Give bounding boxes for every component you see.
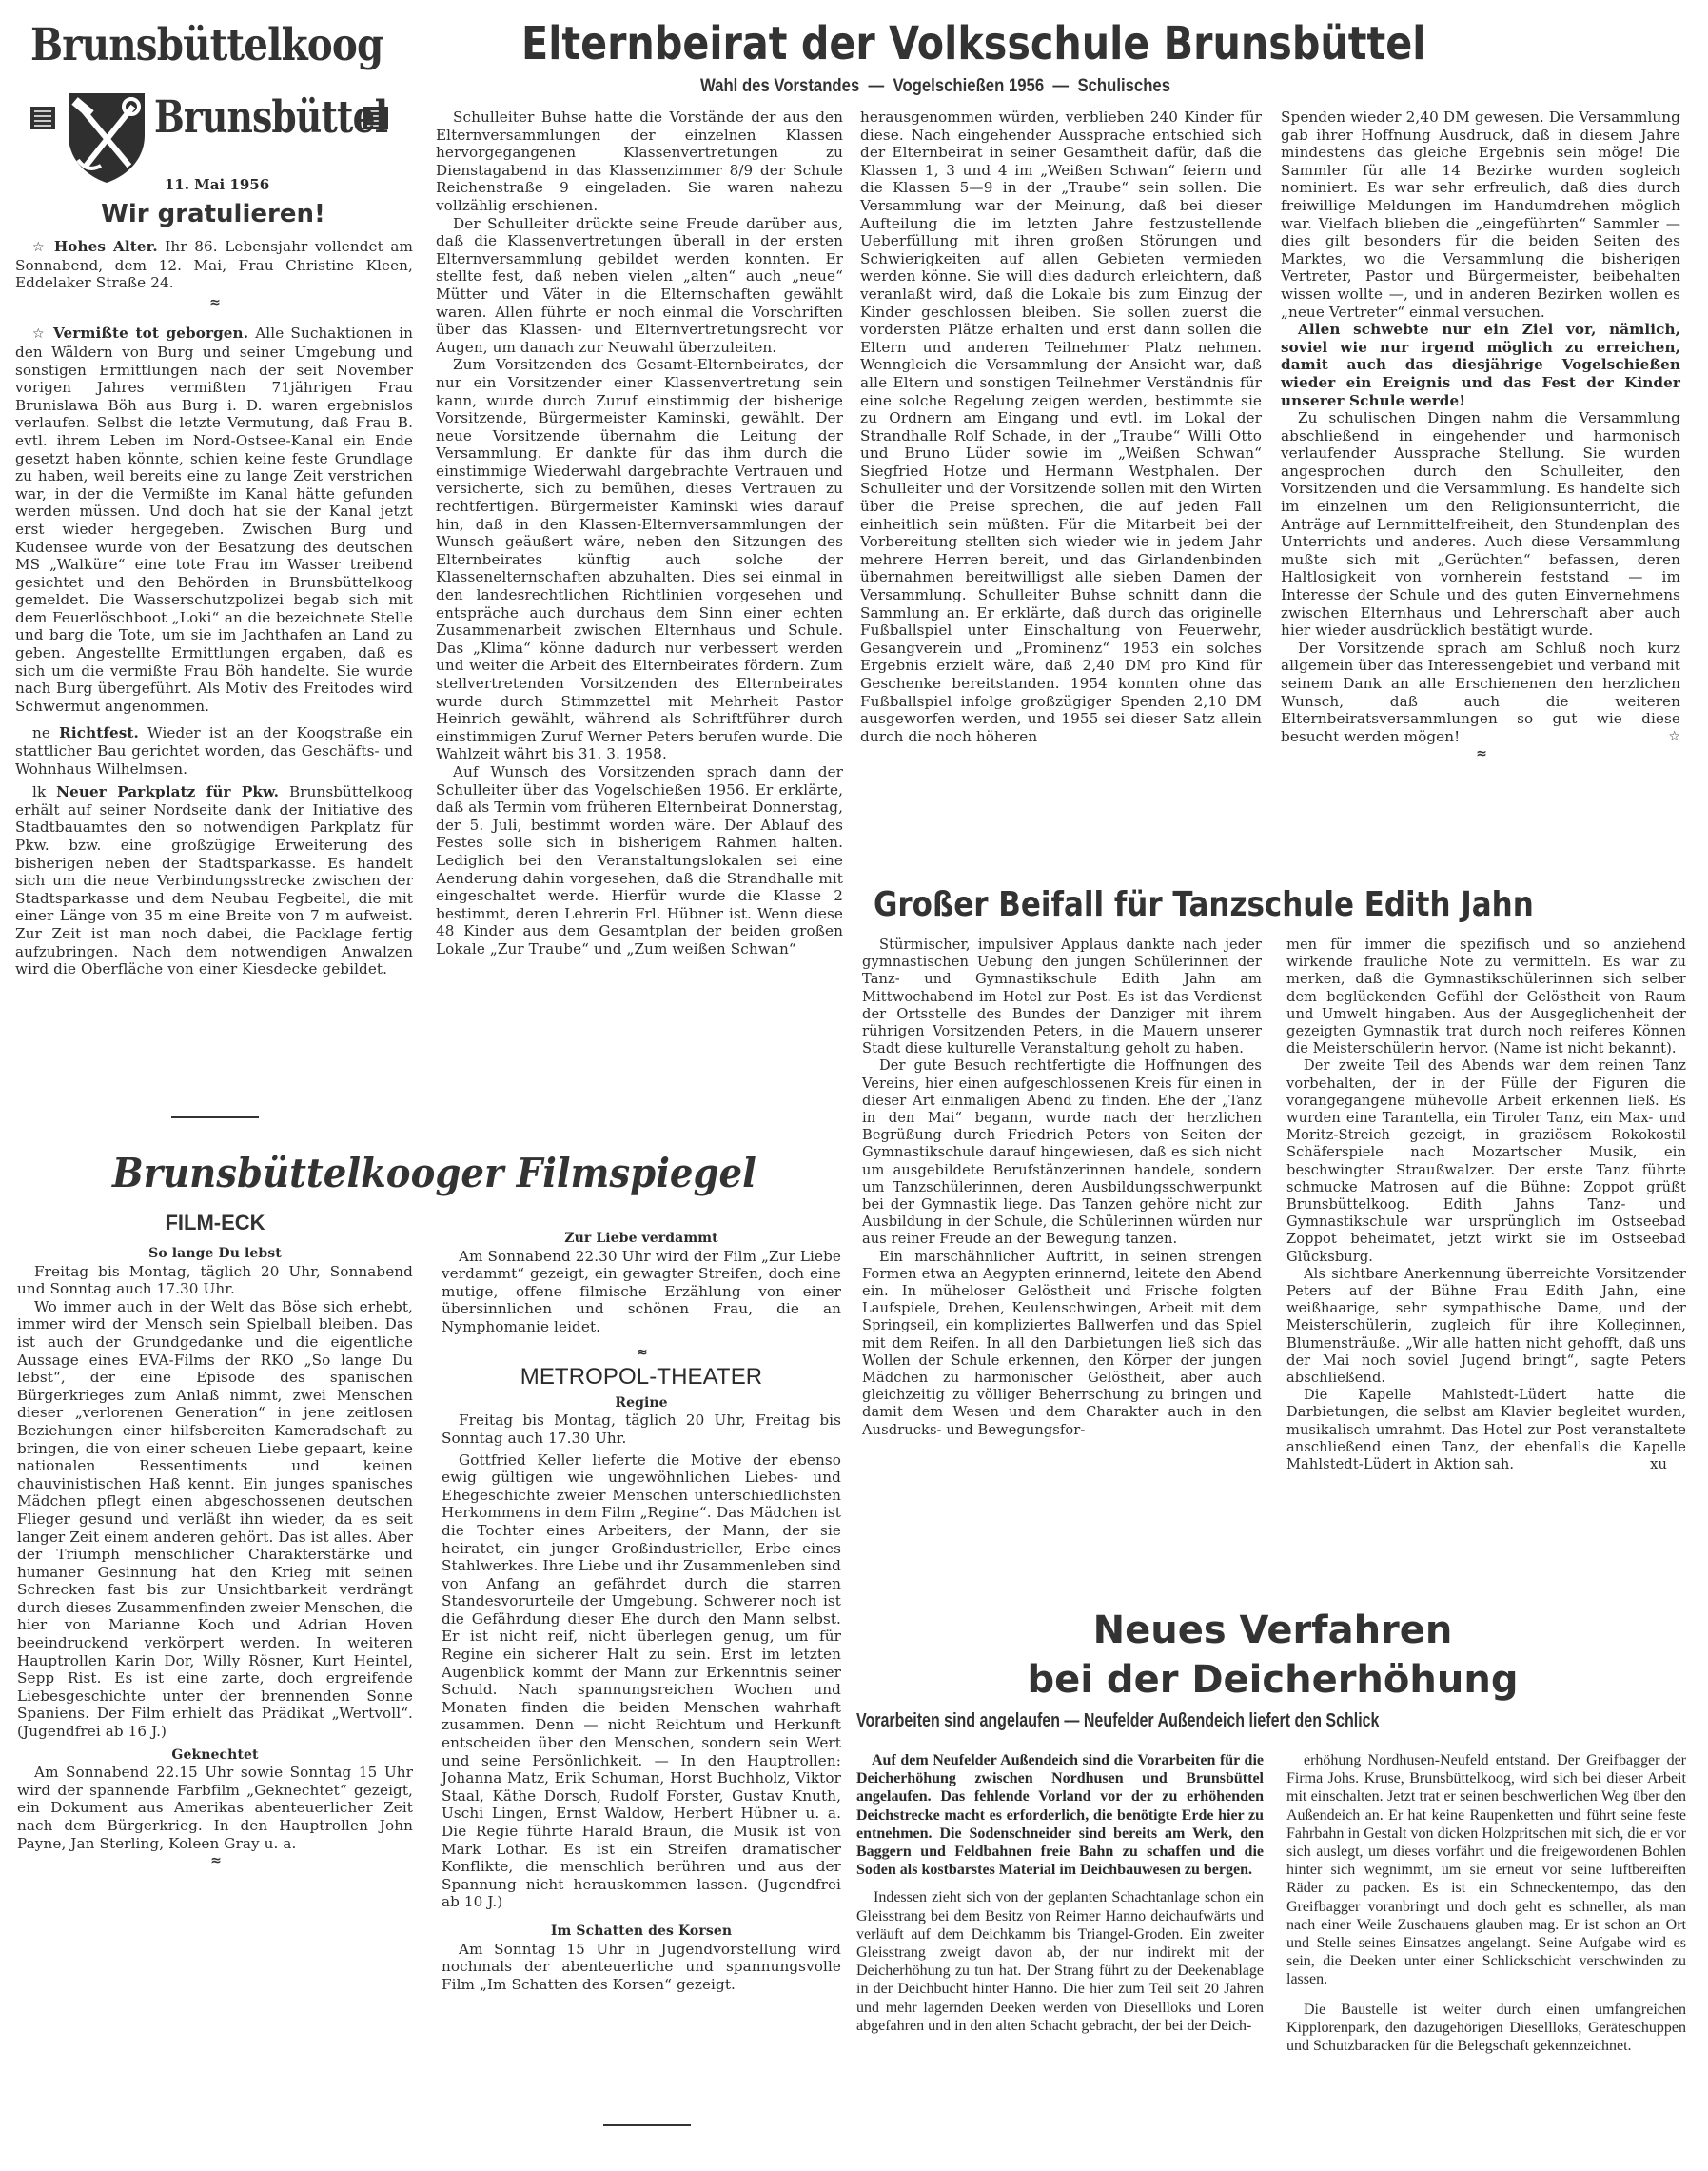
paragraph: Stürmischer, impulsiver Applaus dankte n… <box>862 937 1262 1057</box>
paragraph: Als sichtbare Anerkennung überreichte Vo… <box>1286 1266 1686 1387</box>
elternbeirat-col-1: Schulleiter Buhse hatte die Vorstände de… <box>436 109 843 958</box>
separator-wave-icon: ≈ <box>15 294 413 312</box>
paragraph: Schulleiter Buhse hatte die Vorstände de… <box>436 109 843 215</box>
news-text: Brunsbüttelkoog erhält auf seiner Nordse… <box>15 783 413 977</box>
local-news-title: Wir gratulieren! <box>19 200 407 228</box>
lead-paragraph: Auf dem Neufelder Außendeich sind die Vo… <box>856 1751 1264 1879</box>
masthead-title-brunsbuettelkoog: Brunsbüttelkoog <box>30 19 383 71</box>
paragraph-closing: Der Vorsitzende sprach am Schluß noch ku… <box>1281 640 1680 746</box>
deich-subhead: Vorarbeiten sind angelaufen — Neufelder … <box>856 1710 1379 1732</box>
closing-text: Die Kapelle Mahlstedt-Lüdert hatte die D… <box>1286 1387 1686 1472</box>
tanzschule-col-1: Stürmischer, impulsiver Applaus dankte n… <box>862 937 1262 1439</box>
elternbeirat-col-2: herausgenommen würden, verblieben 240 Ki… <box>860 109 1262 745</box>
paragraph: herausgenommen würden, verblieben 240 Ki… <box>860 109 1262 745</box>
film-title: Geknechtet <box>17 1747 413 1765</box>
film-review: Am Sonntag 15 Uhr in Jugendvorstellung w… <box>442 1941 841 1994</box>
masthead-title-brunsbuettel: Brunsbüttel <box>154 91 387 144</box>
byline: xu <box>1633 1456 1667 1473</box>
news-lead: Hohes Alter. <box>54 238 158 255</box>
paragraph: Zum Vorsitzenden des Gesamt-Elternbeirat… <box>436 356 843 763</box>
cinema-name-metropol: METROPOL-THEATER <box>442 1369 841 1387</box>
news-lead: Vermißte tot geborgen. <box>53 325 248 342</box>
film-title: Zur Liebe verdammt <box>442 1230 841 1248</box>
paragraph: Ein marschähnlicher Auftritt, in seinen … <box>862 1249 1262 1439</box>
paragraph: Auf Wunsch des Vorsitzenden sprach dann … <box>436 763 843 958</box>
showtimes: Freitag bis Montag, täglich 20 Uhr, Frei… <box>442 1411 841 1447</box>
paragraph: Der zweite Teil des Abends war dem reine… <box>1286 1057 1686 1265</box>
news-lead: Richtfest. <box>59 724 139 741</box>
paragraph: Spenden wieder 2,40 DM gewesen. Die Vers… <box>1281 109 1680 321</box>
section-divider <box>171 1116 259 1118</box>
paragraph-closing: Die Kapelle Mahlstedt-Lüdert hatte die D… <box>1286 1387 1686 1473</box>
separator-wave-icon: ≈ <box>442 1344 841 1362</box>
issue-date: 11. Mai 1956 <box>27 176 407 193</box>
author-initials: lk <box>32 783 46 800</box>
film-title: Regine <box>442 1394 841 1412</box>
closing-text: Der Vorsitzende sprach am Schluß noch ku… <box>1281 640 1680 745</box>
star-icon: ☆ <box>32 326 47 342</box>
film-eck-column-2: Zur Liebe verdammt Am Sonnabend 22.30 Uh… <box>442 1230 841 1993</box>
paragraph: Der gute Besuch rechtfertigte die Hoffnu… <box>862 1057 1262 1248</box>
deich-headline-line1: Neues Verfahren <box>837 1609 1708 1652</box>
news-item-hohes-alter: ☆ Hohes Alter. Ihr 86. Lebensjahr vollen… <box>15 238 413 292</box>
film-eck-column: So lange Du lebst Freitag bis Montag, tä… <box>17 1245 413 1870</box>
filmspiegel-title: Brunsbüttelkooger Filmspiegel <box>112 1150 756 1196</box>
film-title: So lange Du lebst <box>17 1245 413 1263</box>
paragraph: Zu schulischen Dingen nahm die Versammlu… <box>1281 409 1680 640</box>
elternbeirat-headline: Elternbeirat der Volksschule Brunsbüttel <box>521 17 1425 70</box>
bold-paragraph: Allen schwebte nur ein Ziel vor, nämlich… <box>1281 321 1680 409</box>
film-review: Am Sonnabend 22.30 Uhr wird der Film „Zu… <box>442 1248 841 1336</box>
separator-wave-icon: ≈ <box>1281 745 1680 763</box>
masthead: Brunsbüttelkoog Brunsbüttel 11. Mai 1956 <box>27 19 407 209</box>
news-item-parkplatz: lk Neuer Parkplatz für Pkw. Brunsbüttelk… <box>15 783 413 978</box>
paragraph: erhöhung Nordhusen-Neufeld entstand. Der… <box>1286 1751 1686 1989</box>
section-divider <box>603 2124 691 2126</box>
local-news-column: ☆ Hohes Alter. Ihr 86. Lebensjahr vollen… <box>15 238 413 978</box>
film-review: Wo immer auch in der Welt das Böse sich … <box>17 1298 413 1741</box>
news-item-vermisste: ☆ Vermißte tot geborgen. Alle Suchaktion… <box>15 325 413 715</box>
coat-of-arms-icon <box>65 89 148 185</box>
tanzschule-headline: Großer Beifall für Tanzschule Edith Jahn <box>874 885 1534 924</box>
author-initials: ne <box>32 724 50 741</box>
paragraph: Der Schulleiter drückte seine Freude dar… <box>436 215 843 357</box>
paragraph: Die Baustelle ist weiter durch einen umf… <box>1286 2001 1686 2056</box>
paragraph: Indessen zieht sich von der geplanten Sc… <box>856 1888 1264 2035</box>
film-review: Am Sonnabend 22.15 Uhr sowie Sonntag 15 … <box>17 1764 413 1852</box>
paragraph: men für immer die spezifisch und so anzi… <box>1286 937 1686 1057</box>
deich-col-2: erhöhung Nordhusen-Neufeld entstand. Der… <box>1286 1751 1686 2055</box>
cinema-name-film-eck: FILM-ECK <box>19 1211 411 1235</box>
deich-col-1: Auf dem Neufelder Außendeich sind die Vo… <box>856 1751 1264 2035</box>
elternbeirat-col-3: Spenden wieder 2,40 DM gewesen. Die Vers… <box>1281 109 1680 763</box>
separator-wave-icon: ≈ <box>17 1852 413 1870</box>
news-lead: Neuer Parkplatz für Pkw. <box>56 783 279 800</box>
showtimes: Freitag bis Montag, täglich 20 Uhr, Sonn… <box>17 1263 413 1298</box>
film-review: Gottfried Keller lieferte die Motive der… <box>442 1451 841 1911</box>
elternbeirat-subhead: Wahl des Vorstandes — Vogelschießen 1956… <box>700 76 1170 97</box>
deich-headline-line2: bei der Deicherhöhung <box>837 1658 1708 1702</box>
news-item-richtfest: ne Richtfest. Wieder ist an der Koogstra… <box>15 724 413 778</box>
news-text: Alle Suchaktionen in den Wäldern von Bur… <box>15 325 413 714</box>
tanzschule-col-2: men für immer die spezifisch und so anzi… <box>1286 937 1686 1473</box>
star-icon: ☆ <box>32 240 47 255</box>
end-star-icon: ☆ <box>1651 728 1680 746</box>
film-title: Im Schatten des Korsen <box>442 1923 841 1941</box>
